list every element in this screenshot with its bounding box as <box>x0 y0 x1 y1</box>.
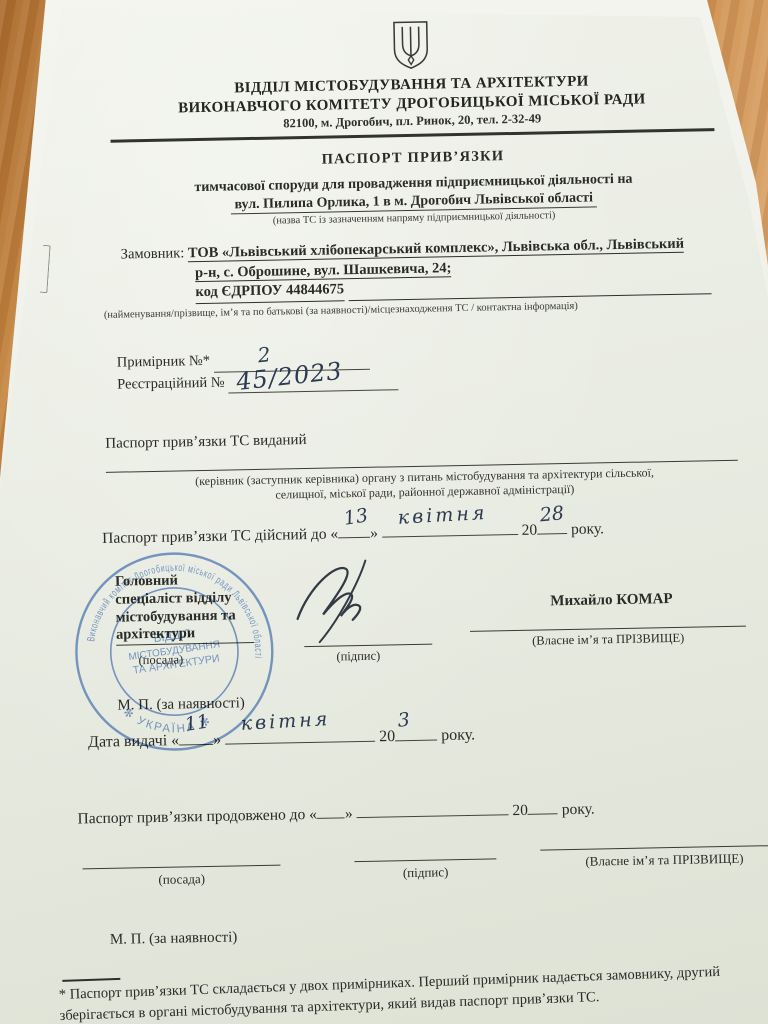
second-signature-block: (посада) (підпис) (Власне ім’я та ПРІЗВИ… <box>102 842 751 906</box>
signature-line <box>354 858 496 862</box>
extension-year-blank <box>528 797 558 815</box>
year-century: 20 <box>379 728 395 745</box>
svg-text:Виконавчий комітет Дрогобицько: Виконавчий комітет Дрогобицької міської … <box>85 553 273 660</box>
doc-title: ПАСПОРТ ПРИВ’ЯЗКИ <box>89 144 737 173</box>
seal-note-2: М. П. (за наявності) <box>104 920 752 949</box>
position-line <box>83 865 281 870</box>
extension-day-blank <box>317 801 345 819</box>
valid-month-blank: квітня <box>382 518 518 538</box>
signature-caption: (підпис) <box>355 863 497 882</box>
name-caption: (Власне ім’я та ПРІЗВИЩЕ) <box>540 850 768 871</box>
close-quote: » <box>370 525 378 542</box>
staple-icon <box>39 245 50 293</box>
extension-row: Паспорт прив’язки продовжено до «» 20 ро… <box>77 794 749 829</box>
footnote-block: * Паспорт прив’язки ТС складається у дво… <box>58 953 768 1024</box>
name-line <box>540 845 768 851</box>
signature-icon <box>289 555 409 649</box>
document-page: ВІДДІЛ МІСТОБУДУВАННЯ ТА АРХІТЕКТУРИ ВИК… <box>0 0 768 1024</box>
numbers-block: Примірник №* 2 Реєстраційний № 45/2023 <box>93 341 742 397</box>
customer-value-line2: р-н, с. Оброшине, вул. Шашкевича, 24; <box>195 260 452 282</box>
signature-caption: (підпис) <box>336 649 380 665</box>
document-content: ВІДДІЛ МІСТОБУДУВАННЯ ТА АРХІТЕКТУРИ ВИК… <box>86 0 753 1020</box>
stamp-outer-text: Виконавчий комітет Дрогобицької міської … <box>85 553 273 660</box>
official-round-stamp-icon: Виконавчий комітет Дрогобицької міської … <box>58 535 291 768</box>
valid-day-value: 13 <box>342 505 369 531</box>
issue-year-value: 3 <box>397 709 411 732</box>
stamp-inner-line1: ВІДДІЛ <box>153 627 192 645</box>
customer-label: Замовник: <box>121 245 185 262</box>
extension-label: Паспорт прив’язки продовжено до <box>77 806 305 827</box>
registration-blank: 45/2023 <box>228 375 398 394</box>
valid-day-blank: 13 <box>338 521 370 539</box>
close-quote: » <box>345 805 353 822</box>
year-word: року. <box>571 521 604 539</box>
position-caption: (посада) <box>83 870 281 890</box>
valid-month-value: квітня <box>397 502 488 529</box>
issued-block: Паспорт прив’язки ТС виданий (керівник (… <box>94 424 743 506</box>
valid-year-value: 28 <box>539 503 565 527</box>
year-word: року. <box>562 801 595 819</box>
valid-until-row: Паспорт прив’язки ТС дійсний до «13» кві… <box>96 514 744 548</box>
issue-year-blank: 3 <box>395 723 437 741</box>
customer-block: Замовник: ТОВ «Львівський хлібопекарськи… <box>91 234 740 323</box>
valid-year-blank: 28 <box>537 517 567 535</box>
name-caption: (Власне ім’я та ПРІЗВИЩЕ) <box>478 630 738 650</box>
registration-label: Реєстраційний № <box>117 372 225 396</box>
ukraine-trident-emblem-icon <box>390 19 431 72</box>
year-century: 20 <box>512 802 528 819</box>
footnote-rule <box>62 978 120 982</box>
official-name: Михайло КОМАР <box>477 590 745 612</box>
year-word: року. <box>441 727 475 745</box>
copy-number-label: Примірник №* <box>117 351 211 375</box>
year-century: 20 <box>521 522 537 539</box>
customer-value-line3: код ЄДРПОУ 44844675 <box>195 280 344 303</box>
photo-background: ВІДДІЛ МІСТОБУДУВАННЯ ТА АРХІТЕКТУРИ ВИК… <box>0 0 768 1024</box>
extension-month-blank <box>356 798 508 818</box>
